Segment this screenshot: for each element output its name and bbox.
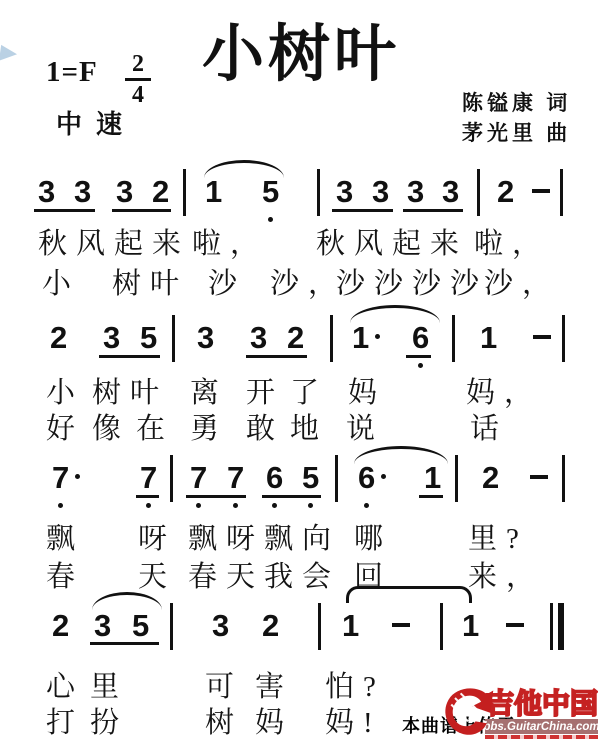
- beam-underline: [136, 495, 159, 498]
- watermark-site-name: 吉他中国: [486, 690, 598, 718]
- note: 2: [287, 322, 304, 353]
- beam-underline: [186, 495, 246, 498]
- lyric-syllable: 像: [92, 415, 130, 444]
- note: 7: [227, 462, 244, 493]
- barline: [170, 455, 173, 502]
- note: 3: [74, 176, 91, 207]
- lyric-syllable: 飘: [46, 525, 84, 554]
- lyric-syllable: 扮: [90, 709, 128, 738]
- key-signature: 1=F: [46, 58, 98, 87]
- lyric-syllable: 会: [302, 563, 340, 592]
- lyric-syllable: 小: [46, 379, 84, 408]
- note: 3: [372, 176, 389, 207]
- final-barline-thick: [558, 603, 564, 650]
- time-signature-bar: [125, 78, 151, 81]
- lyric-syllable: 树叶: [92, 379, 168, 408]
- time-signature-numerator: 2: [124, 52, 152, 76]
- note: 1: [352, 322, 369, 353]
- augmentation-dot: [381, 474, 386, 479]
- lyric-syllable: 哪: [354, 525, 392, 554]
- slur: [350, 305, 440, 323]
- barline: [455, 455, 458, 502]
- note: 6: [266, 462, 283, 493]
- note: 3: [212, 610, 229, 641]
- lyric-syllable: 树: [205, 709, 243, 738]
- lyric-syllable: 沙，: [270, 270, 346, 299]
- tempo-marking: 中速: [56, 112, 136, 138]
- note: 3: [103, 322, 120, 353]
- lyric-syllable: 说: [346, 415, 384, 444]
- note: 5: [262, 176, 279, 207]
- note: 1: [462, 610, 479, 641]
- barline: [172, 315, 175, 362]
- lyric-syllable: 我: [264, 563, 302, 592]
- note: 3: [94, 610, 111, 641]
- lyric-syllable: 害: [255, 673, 293, 702]
- final-barline-thin: [550, 603, 553, 650]
- barline: [317, 169, 320, 216]
- extension-dash: [530, 475, 548, 479]
- lyric-syllable: 了: [290, 379, 328, 408]
- barline: [440, 603, 443, 650]
- lyric-syllable: 天: [226, 563, 264, 592]
- lyric-syllable: 地: [290, 415, 328, 444]
- lyric-syllable: 离: [190, 379, 228, 408]
- barline: [335, 455, 338, 502]
- beam-underline: [332, 209, 393, 212]
- lyric-syllable: 向: [302, 525, 340, 554]
- beam-underline: [112, 209, 171, 212]
- beam-underline: [403, 209, 463, 212]
- watermark-red-strip: [485, 735, 598, 739]
- lyric-syllable: 打: [46, 709, 84, 738]
- lyric-syllable: 春: [46, 563, 84, 592]
- song-title: 小树叶: [202, 24, 400, 86]
- octave-dot: [233, 503, 238, 508]
- note: 2: [262, 610, 279, 641]
- beam-underline: [34, 209, 95, 212]
- lyric-syllable: 妈，: [466, 379, 542, 408]
- lyric-syllable: 秋风起来: [316, 230, 468, 259]
- note: 6: [358, 462, 375, 493]
- slur: [92, 592, 162, 610]
- lyric-syllable: 飘: [188, 525, 226, 554]
- lyric-syllable: 来，: [468, 563, 544, 592]
- lyric-syllable: 敢: [246, 415, 284, 444]
- composer-credit: 茅光里 曲: [462, 118, 571, 148]
- note: 3: [336, 176, 353, 207]
- extension-dash: [533, 335, 551, 339]
- beam-underline: [246, 355, 307, 358]
- note: 2: [50, 322, 67, 353]
- barline: [170, 603, 173, 650]
- note: 3: [38, 176, 55, 207]
- lyric-syllable: 妈: [255, 709, 293, 738]
- beam-underline: [262, 495, 321, 498]
- extension-dash: [506, 623, 524, 627]
- beam-underline: [99, 355, 160, 358]
- augmentation-dot: [75, 474, 80, 479]
- lyric-syllable: 好: [46, 415, 84, 444]
- barline: [477, 169, 480, 216]
- note: 1: [424, 462, 441, 493]
- lyric-syllable: 可: [205, 673, 243, 702]
- lyric-syllable: 妈: [348, 379, 386, 408]
- lyric-syllable: 妈!: [325, 709, 382, 738]
- lyric-syllable: 小: [42, 270, 80, 299]
- lyricist-credit: 陈镒康 词: [462, 88, 571, 118]
- lyric-syllable: 心: [46, 673, 84, 702]
- barline: [318, 603, 321, 650]
- watermark-url-band: bbs.GuitarChina.com: [485, 719, 598, 734]
- lyric-syllable: 开: [246, 379, 284, 408]
- beam-underline: [90, 642, 159, 645]
- beam-underline: [419, 495, 443, 498]
- octave-dot: [58, 503, 63, 508]
- sheet-music-page: 1=F 2 4 小树叶 中速 陈镒康 词 茅光里 曲 33321533332秋风…: [0, 0, 598, 745]
- lyric-syllable: 啦，: [474, 230, 550, 259]
- barline: [330, 315, 333, 362]
- lyric-syllable: 春: [188, 563, 226, 592]
- lyric-syllable: 在: [136, 415, 174, 444]
- barline: [560, 169, 563, 216]
- time-signature: 2 4: [124, 52, 152, 107]
- watermark-site-url: bbs.GuitarChina.com: [483, 721, 598, 733]
- lyric-syllable: 沙，: [484, 270, 560, 299]
- octave-dot: [308, 503, 313, 508]
- lyric-syllable: 啦，: [192, 230, 268, 259]
- time-signature-denominator: 4: [124, 83, 152, 107]
- lyric-syllable: 勇: [190, 415, 228, 444]
- credits: 陈镒康 词 茅光里 曲: [462, 88, 571, 148]
- beam-underline: [406, 355, 431, 358]
- note: 2: [497, 176, 514, 207]
- extension-dash: [532, 189, 550, 193]
- cursor-artifact-icon: [0, 45, 18, 63]
- lyric-syllable: 呀: [226, 525, 264, 554]
- note: 6: [412, 322, 429, 353]
- lyric-syllable: 怕?: [325, 673, 385, 702]
- note: 5: [302, 462, 319, 493]
- lyric-syllable: 话: [470, 415, 508, 444]
- octave-dot: [146, 503, 151, 508]
- barline: [452, 315, 455, 362]
- note: 3: [442, 176, 459, 207]
- note: 3: [407, 176, 424, 207]
- note: 5: [140, 322, 157, 353]
- lyric-syllable: 天: [138, 563, 176, 592]
- note: 7: [52, 462, 69, 493]
- note: 3: [250, 322, 267, 353]
- note: 2: [52, 610, 69, 641]
- note: 3: [116, 176, 133, 207]
- note: 1: [342, 610, 359, 641]
- tie: [346, 586, 472, 603]
- barline: [562, 455, 565, 502]
- lyric-syllable: 里?: [468, 525, 528, 554]
- lyric-syllable: 沙沙沙沙: [336, 270, 488, 299]
- note: 3: [197, 322, 214, 353]
- octave-dot: [268, 217, 273, 222]
- barline: [183, 169, 186, 216]
- lyric-syllable: 飘: [264, 525, 302, 554]
- note: 5: [132, 610, 149, 641]
- octave-dot: [196, 503, 201, 508]
- octave-dot: [272, 503, 277, 508]
- lyric-syllable: 秋风起来: [38, 230, 190, 259]
- lyric-syllable: 里: [90, 673, 128, 702]
- octave-dot: [364, 503, 369, 508]
- dragon-g-logo-icon: [441, 684, 497, 740]
- slur: [204, 160, 284, 178]
- note: 1: [480, 322, 497, 353]
- lyric-syllable: 呀: [138, 525, 176, 554]
- lyric-syllable: 沙: [208, 270, 246, 299]
- note: 1: [205, 176, 222, 207]
- lyric-syllable: 树叶: [112, 270, 188, 299]
- note: 2: [152, 176, 169, 207]
- note: 7: [190, 462, 207, 493]
- slur: [354, 446, 448, 464]
- octave-dot: [418, 363, 423, 368]
- extension-dash: [392, 623, 410, 627]
- augmentation-dot: [375, 334, 380, 339]
- note: 7: [140, 462, 157, 493]
- barline: [562, 315, 565, 362]
- note: 2: [482, 462, 499, 493]
